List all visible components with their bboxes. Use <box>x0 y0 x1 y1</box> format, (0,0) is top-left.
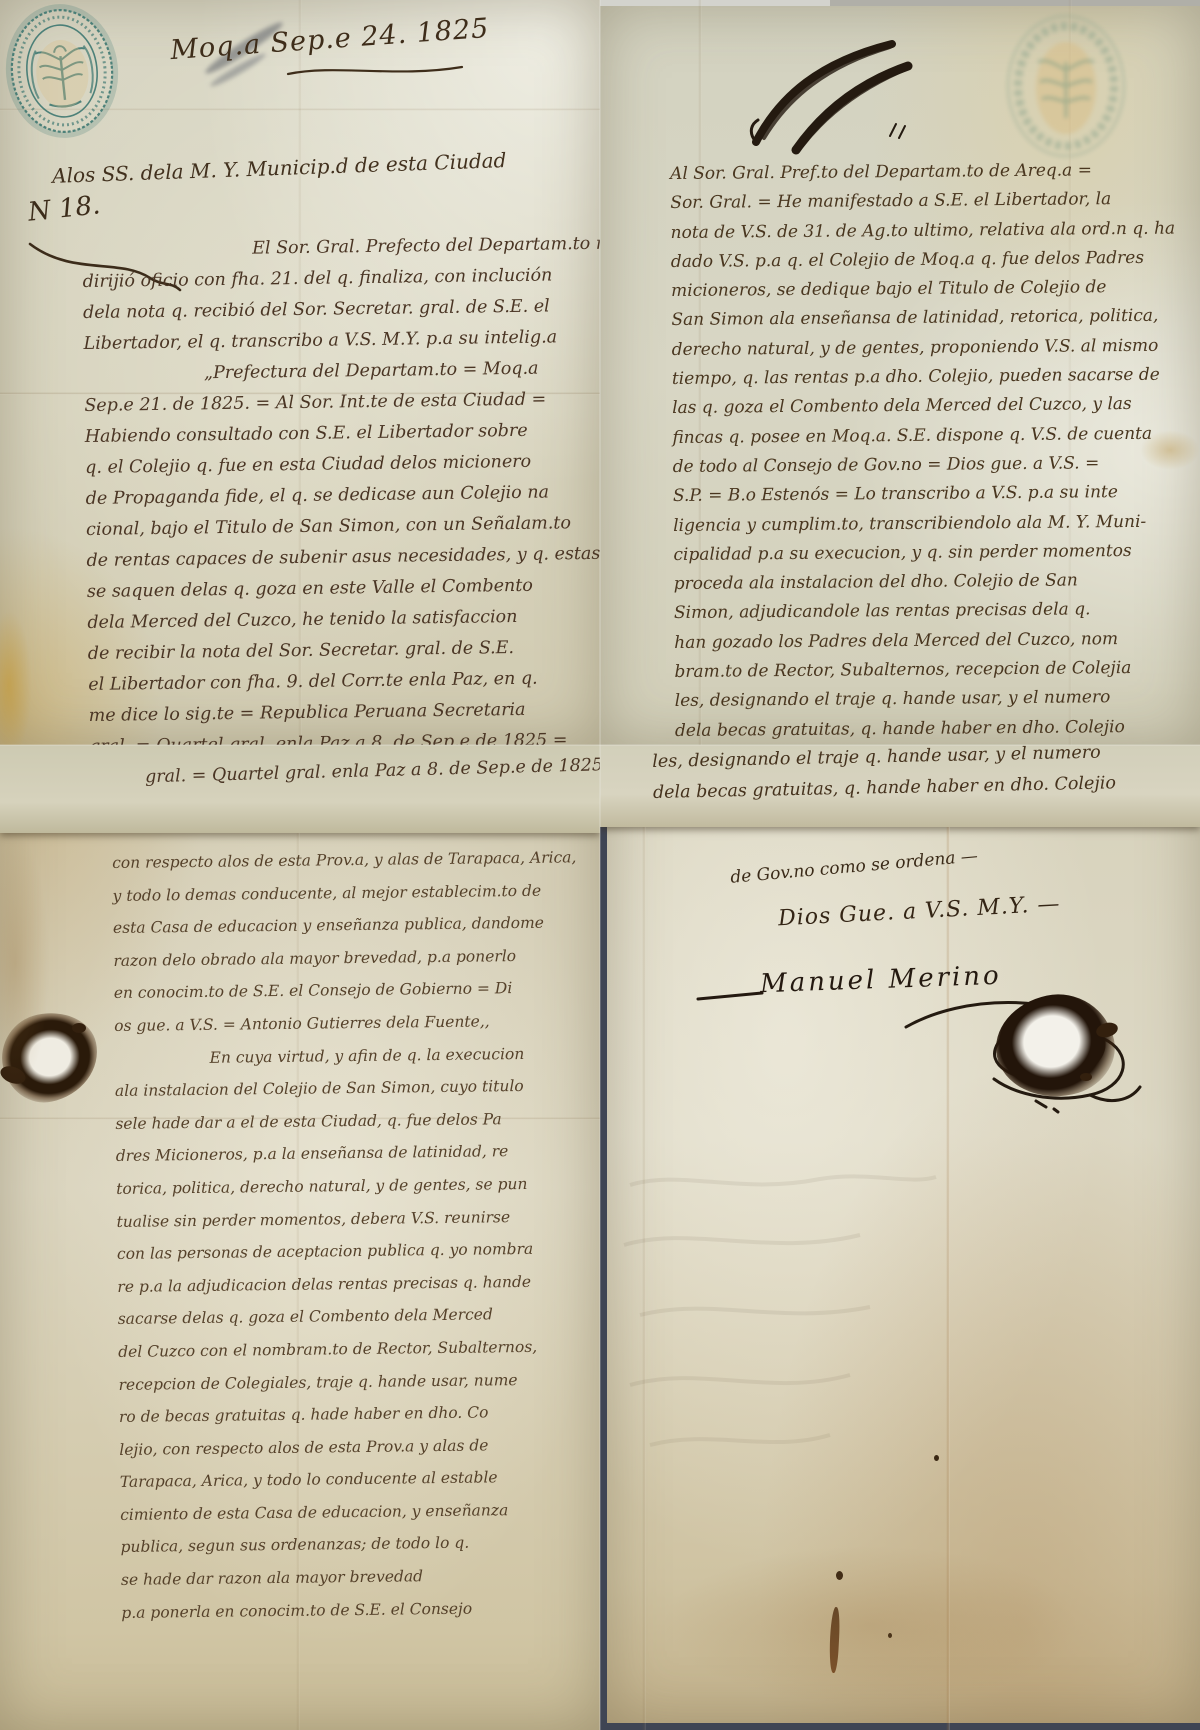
manuscript-line: fincas q. posee en Moq.a. S.E. dispone q… <box>672 419 1177 453</box>
manuscript-line: ligencia y cumplim.to, transcribiendolo … <box>673 507 1178 541</box>
manuscript-line: de todo al Consejo de Gov.no = Dios gue.… <box>673 449 1178 483</box>
manuscript-line: San Simon ala enseñansa de latinidad, re… <box>671 302 1176 336</box>
manuscript-line: dela becas gratuitas, q. hande haber en … <box>675 712 1180 745</box>
manuscript-line: Al Sor. Gral. Pref.to del Departam.to de… <box>670 156 1175 190</box>
manuscript-line: han gozado los Padres dela Merced del Cu… <box>674 624 1179 658</box>
montage-seam <box>599 0 601 1730</box>
photo-edge <box>600 0 830 6</box>
ink-seal-stamp-icon <box>0 0 125 143</box>
bold-pen-flourish-icon <box>742 38 922 156</box>
manuscript-line: con respecto alos de esta Prov.a, y alas… <box>112 841 577 879</box>
manuscript-line: dado V.S. p.a q. el Colejio de Moq.a q. … <box>671 243 1176 277</box>
manuscript-line: Sor. Gral. = He manifestado a S.E. el Li… <box>670 185 1175 219</box>
manuscript-body: Al Sor. Gral. Pref.to del Departam.to de… <box>670 156 1180 745</box>
ink-blot <box>2 1013 98 1101</box>
ink-speck <box>888 1633 892 1638</box>
manuscript-line: esta Casa de educacion y enseñanza publi… <box>113 907 578 945</box>
manuscript-line: re p.a la adjudicacion delas rentas prec… <box>117 1265 582 1303</box>
scan-photo-3: gral. = Quartel gral. enla Paz a 8. de S… <box>0 745 600 1730</box>
scan-photo-2: Al Sor. Gral. Pref.to del Departam.to de… <box>600 0 1200 745</box>
faint-oval-seal-icon <box>996 10 1136 160</box>
manuscript-line: En cuya virtud, y afin de q. la execucio… <box>209 1037 579 1074</box>
manuscript-line: derecho natural, y de gentes, proponiend… <box>672 331 1177 365</box>
ink-blot <box>996 995 1114 1097</box>
manuscript-body: El Sor. Gral. Prefecto del Departam.to m… <box>82 228 600 745</box>
signature-dash-icon <box>696 989 766 1003</box>
manuscript-line: recepcion de Colegiales, traje q. hande … <box>118 1363 583 1401</box>
manuscript-line: bram.to de Rector, Subalternos, recepcio… <box>674 654 1179 688</box>
manuscript-line: las q. goza el Combento dela Merced del … <box>672 390 1177 424</box>
manuscript-line: con las personas de aceptacion publica q… <box>117 1232 582 1270</box>
carryover-lines: les, designando el traje q. hande usar, … <box>652 745 1116 809</box>
manuscript-line: ala instalacion del Colejio de San Simon… <box>115 1069 580 1107</box>
manuscript-line: nota de V.S. de 31. de Ag.to ultimo, rel… <box>671 214 1176 248</box>
montage-seam <box>0 744 1200 746</box>
manuscript-montage: Moq.a Sep.e 24. 1825 Alos SS. dela M. Y.… <box>0 0 1200 1730</box>
manuscript-line: proceda ala instalacion del dho. Colejio… <box>674 566 1179 600</box>
manuscript-line: micioneros, se dedique bajo el Titulo de… <box>671 273 1176 307</box>
scan-photo-1: Moq.a Sep.e 24. 1825 Alos SS. dela M. Y.… <box>0 0 600 745</box>
ink-speck <box>836 1571 843 1580</box>
manuscript-line: El Sor. Gral. Prefecto del Departam.to m… <box>252 228 600 264</box>
manuscript-line: S.P. = B.o Estenós = Lo transcribo a V.S… <box>673 478 1178 512</box>
manuscript-line: Simon, adjudicandole las rentas precisas… <box>674 595 1179 629</box>
manuscript-line: p.a ponerla en conocim.to de S.E. el Con… <box>121 1591 586 1629</box>
manuscript-line: del Cuzco con el nombram.to de Rector, S… <box>118 1330 583 1368</box>
manuscript-line: les, designando el traje q. hande usar, … <box>675 683 1180 717</box>
pen-swash-icon <box>286 62 466 80</box>
scan-photo-4: les, designando el traje q. hande usar, … <box>600 745 1200 1730</box>
manuscript-line: tiempo, q. las rentas p.a dho. Colejio, … <box>672 361 1177 395</box>
manuscript-body: con respecto alos de esta Prov.a, y alas… <box>112 841 586 1629</box>
manuscript-line: torica, politica, derecho natural, y de … <box>116 1167 581 1205</box>
bleedthrough-marks <box>620 1165 940 1465</box>
manuscript-line: cipalidad p.a su execucion, y q. sin per… <box>673 536 1178 570</box>
manuscript-line: en conocim.to de S.E. el Consejo de Gobi… <box>114 972 579 1010</box>
